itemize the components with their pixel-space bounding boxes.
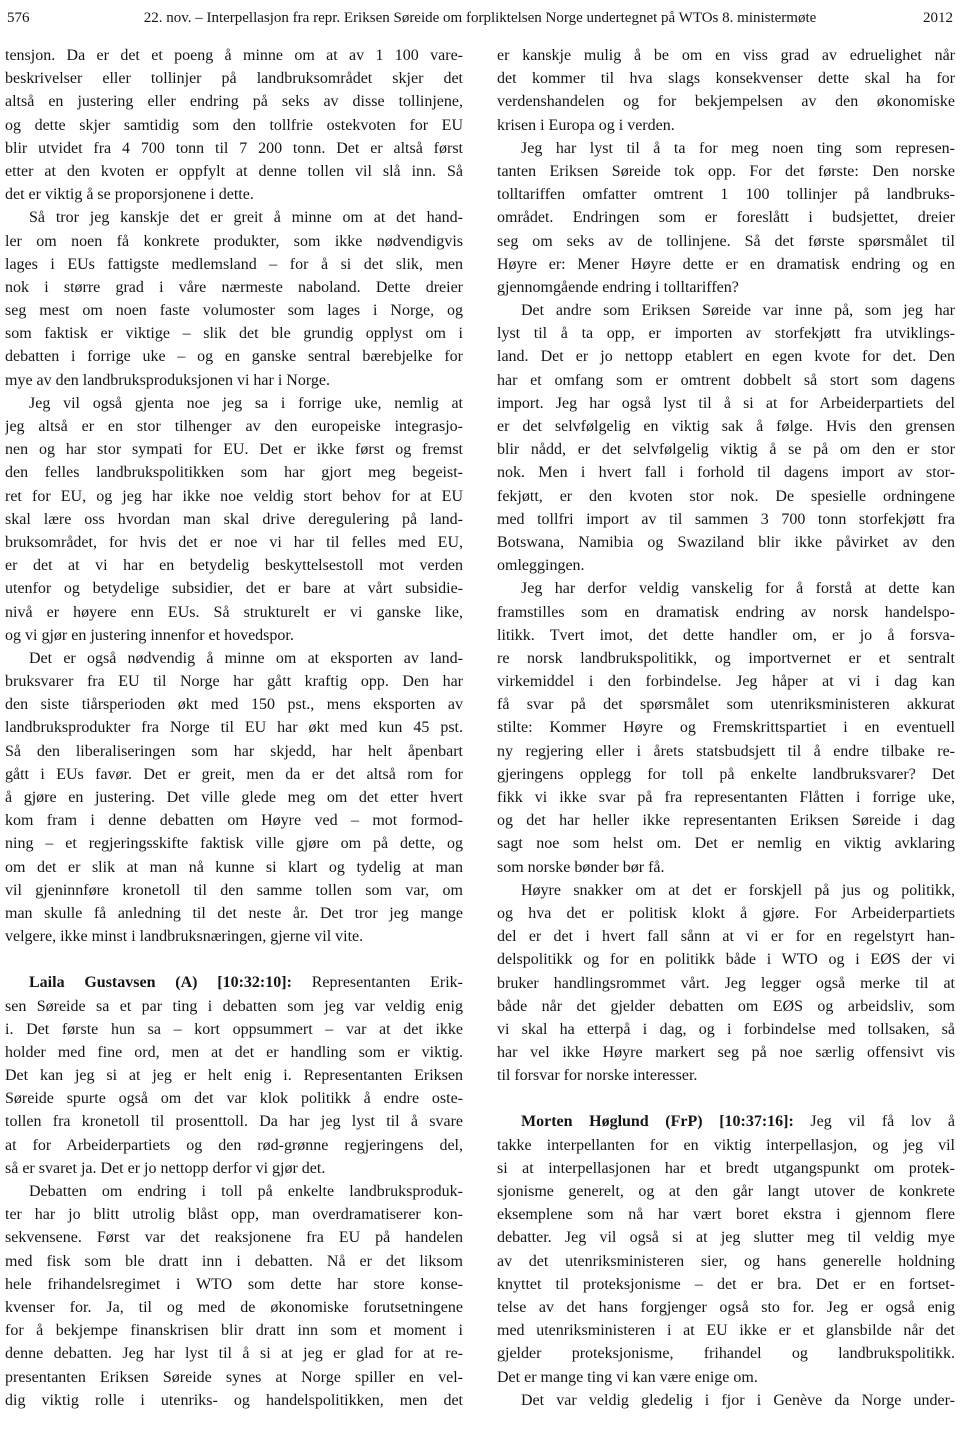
text-line: ning – et regjeringsskifte faktisk ville…: [5, 832, 463, 855]
text-line: som faktisk er viktige – slik det ble gr…: [5, 322, 463, 345]
text-line: den felles landbrukspolitikken som har g…: [5, 461, 463, 484]
text-line: Det er mange ting vi kan være enige om.: [497, 1366, 955, 1389]
paragraph: Jeg vil også gjenta noe jeg sa i forrige…: [5, 392, 463, 647]
speaker-name: Laila Gustavsen (A) [10:32:10]:: [29, 974, 292, 991]
text-line: som norske bønder bør få.: [497, 856, 955, 879]
text-line: med fisk som ble dratt inn i debatten. N…: [5, 1250, 463, 1273]
text-line: gått i EUs favør. Det er greit, men da e…: [5, 763, 463, 786]
text-line: stilte: Kommer Høyre og Fremskrittsparti…: [497, 716, 955, 739]
text-line: i. Det første hun sa – kort oppsummert –…: [5, 1018, 463, 1041]
text-line: å gjøre en justering. Det ville glede me…: [5, 786, 463, 809]
text-line: litikk. Tvert imot, det dette handler om…: [497, 624, 955, 647]
text-line: Høyre er: Mener Høyre dette er en dramat…: [497, 253, 955, 276]
text-line: Det var veldig gledelig i fjor i Genève …: [497, 1389, 955, 1412]
right-column: er kanskje mulig å be om en viss grad av…: [497, 44, 955, 1412]
text-line: krisen i Europa og i verden.: [497, 114, 955, 137]
text-line: debatter. Jeg vil også si at jeg slutter…: [497, 1226, 955, 1249]
text-line: har et omfang som er omtrent dobbelt så …: [497, 369, 955, 392]
paragraph: Høyre snakker om at det er forskjell på …: [497, 879, 955, 1088]
text-line: Jeg har lyst til å ta for meg noen ting …: [497, 137, 955, 160]
text-line: nok i større grad i våre nærmeste nabola…: [5, 276, 463, 299]
text-line: Søreide spurte også om det var klok poli…: [5, 1087, 463, 1110]
text-line: del er det i hvert fall sånn at vi er fo…: [497, 925, 955, 948]
text-line: ler om noen få konkrete produkter, som i…: [5, 230, 463, 253]
text-line: re norsk landbrukspolitikk, og importver…: [497, 647, 955, 670]
text-line: delspolitikk og for en politikk både i W…: [497, 948, 955, 971]
paragraph: tensjon. Da er det et poeng å minne om a…: [5, 44, 463, 206]
text-line: dig viktig rolle i utenriks- og handelsp…: [5, 1389, 463, 1412]
text-line: få svar på det spørsmålet som utenriksmi…: [497, 693, 955, 716]
text-line: tollen fra kronetoll til prosenttoll. Da…: [5, 1110, 463, 1133]
text-line: for å bekjempe finanskrisen blir dratt i…: [5, 1319, 463, 1342]
text-line: Det andre som Eriksen Søreide var inne p…: [497, 299, 955, 322]
text-line: det kommer til hva slags konsekvenser de…: [497, 67, 955, 90]
text-line: verdenshandelen og for bekjempelsen av d…: [497, 90, 955, 113]
text-line: så er svaret ja. Det er jo nettopp derfo…: [5, 1157, 463, 1180]
text-line: sjonisme generelt, og at den går langt u…: [497, 1180, 955, 1203]
text-line: ny regjering eller i årets statsbudsjett…: [497, 740, 955, 763]
text-line: det er viktig å se proporsjonene i dette…: [5, 183, 463, 206]
text-line: Så tror jeg kanskje det er greit å minne…: [5, 206, 463, 229]
text-line: gjeringens opplegg for toll på enkelte l…: [497, 763, 955, 786]
text-line: Det er også nødvendig å minne om at eksp…: [5, 647, 463, 670]
text-line: med tollfri import av til sammen 3 700 t…: [497, 508, 955, 531]
speech-paragraph: Laila Gustavsen (A) [10:32:10]: Represen…: [5, 971, 463, 1180]
text-line: og dette skjer samtidig som den tollfrie…: [5, 114, 463, 137]
text-line: sekvensene. Først var det reaksjonene fr…: [5, 1226, 463, 1249]
text-line: omleggingen.: [497, 554, 955, 577]
text-line: av det utenriksministeren sier, og hans …: [497, 1250, 955, 1273]
paragraph: er kanskje mulig å be om en viss grad av…: [497, 44, 955, 137]
text-line: Det kan jeg si at jeg er helt enig i. Re…: [5, 1064, 463, 1087]
text-line: beskrivelser eller tollinjer på landbruk…: [5, 67, 463, 90]
paragraph: Det andre som Eriksen Søreide var inne p…: [497, 299, 955, 577]
left-column: tensjon. Da er det et poeng å minne om a…: [5, 44, 463, 1412]
text-line: ret for EU, og jeg har ikke noe veldig s…: [5, 485, 463, 508]
text-line: presentanten Eriksen Søreide synes at No…: [5, 1366, 463, 1389]
text-line: den siste tiårsperioden økt med 150 pst.…: [5, 693, 463, 716]
text-line: gjelder proteksjonisme, frihandel og lan…: [497, 1342, 955, 1365]
text-line: eksemplene som nå har vært boret ekstra …: [497, 1203, 955, 1226]
text-line: sagt noe som helst om. Det er nemlig en …: [497, 832, 955, 855]
text-line: velgere, ikke minst i landbruksnæringen,…: [5, 925, 463, 948]
text-line: vi skal ha etterpå i dag, og i forbindel…: [497, 1018, 955, 1041]
text-line: mye av den landbruksproduksjonen vi har …: [5, 369, 463, 392]
text-line: med utenriksministeren i at EU ikke er e…: [497, 1319, 955, 1342]
paragraph: Jeg har derfor veldig vanskelig for å fo…: [497, 577, 955, 878]
text-line: utenfor og betydelige subsidier, det er …: [5, 577, 463, 600]
text-line: Jeg vil også gjenta noe jeg sa i forrige…: [5, 392, 463, 415]
text-line: og vi gjør en justering innenfor et hove…: [5, 624, 463, 647]
text-line: bruksvarer fra EU til Norge har gått kra…: [5, 670, 463, 693]
text-line: takke interpellanten for en viktig inter…: [497, 1134, 955, 1157]
page-number: 576: [7, 9, 97, 27]
text-line: er det at vi har en betydelig beskyttels…: [5, 554, 463, 577]
text-line: tanten Eriksen Søreide tok opp. For det …: [497, 160, 955, 183]
text-line: er det selvfølgelig en viktig sak å følg…: [497, 415, 955, 438]
text-line: debatten i forrige uke – og en ganske se…: [5, 345, 463, 368]
text-line: gjennomgående endring i tolltariffen?: [497, 276, 955, 299]
text-line: Morten Høglund (FrP) [10:37:16]: Jeg vil…: [497, 1110, 955, 1133]
text-line: import. Jeg har også lyst til å si at fo…: [497, 392, 955, 415]
text-line: Jeg har derfor veldig vanskelig for å fo…: [497, 577, 955, 600]
header-title: 22. nov. – Interpellasjon fra repr. Erik…: [97, 9, 863, 27]
text-line: nok. Men i hvert fall i forhold til dage…: [497, 461, 955, 484]
text-line: lages i EUs fattigste medlemsland – for …: [5, 253, 463, 276]
text-line: til forsvar for norske interesser.: [497, 1064, 955, 1087]
text-line: bruksområdet, for hvis det er noe vi har…: [5, 531, 463, 554]
text-line: tolltariffen omfatter omtrent 1 100 toll…: [497, 183, 955, 206]
text-line: ter har jo blitt utrolig blåst opp, man …: [5, 1203, 463, 1226]
text-line: blir utvidet fra 4 700 tonn til 7 200 to…: [5, 137, 463, 160]
text-line: nen og har stor sympati for EU. Det er i…: [5, 438, 463, 461]
text-line: denne debatten. Jeg har lyst til å si at…: [5, 1342, 463, 1365]
text-line: fekjøtt, er den kvoten stor nok. De spes…: [497, 485, 955, 508]
text-line: om det er slik at man nå kunne si klart …: [5, 856, 463, 879]
text-line: jeg altså er en stor tilhenger av den eu…: [5, 415, 463, 438]
text-line: seg mest om noen faste volumoster som la…: [5, 299, 463, 322]
text-line: lyst til å ta opp, er importen av storfe…: [497, 322, 955, 345]
text-line: land. Det er jo nettopp etablert en egen…: [497, 345, 955, 368]
text-line: sen Søreide sa et par ting i debatten so…: [5, 995, 463, 1018]
text-line: har vel ikke Høyre markert seg på noe sæ…: [497, 1041, 955, 1064]
text-line: Botswana, Namibia og Swaziland blir ikke…: [497, 531, 955, 554]
text-line: og hva det er politisk klokt å gjøre. Fo…: [497, 902, 955, 925]
text-line: og det har heller ikke representanten Er…: [497, 809, 955, 832]
text-line: både når det gjelder debatten om EØS og …: [497, 995, 955, 1018]
paragraph: Jeg har lyst til å ta for meg noen ting …: [497, 137, 955, 299]
text-line: landbruksprodukter fra Norge til EU har …: [5, 716, 463, 739]
document-page: 576 22. nov. – Interpellasjon fra repr. …: [0, 0, 960, 1436]
header-year: 2012: [863, 9, 953, 27]
text-line: bruker handlingsrommet vårt. Jeg legger …: [497, 972, 955, 995]
text-line: vil gjeninnføre kronetoll til den samme …: [5, 879, 463, 902]
text-line: etter at den kvoten er oppfylt at denne …: [5, 160, 463, 183]
text-line: kom fram i denne debatten om Høyre ved –…: [5, 809, 463, 832]
text-line: at for Arbeiderpartiets og den rød-grønn…: [5, 1134, 463, 1157]
speaker-name: Morten Høglund (FrP) [10:37:16]:: [521, 1113, 794, 1130]
paragraph: Debatten om endring i toll på enkelte la…: [5, 1180, 463, 1412]
paragraph: Det er også nødvendig å minne om at eksp…: [5, 647, 463, 948]
page-header: 576 22. nov. – Interpellasjon fra repr. …: [7, 9, 953, 27]
paragraph: Det var veldig gledelig i fjor i Genève …: [497, 1389, 955, 1412]
text-line: nivå er høyere enn EUs. Så strukturelt e…: [5, 601, 463, 624]
text-line: området. Endringen som er foreslått i bu…: [497, 206, 955, 229]
text-line: Så den liberaliseringen som har skjedd, …: [5, 740, 463, 763]
text-line: Høyre snakker om at det er forskjell på …: [497, 879, 955, 902]
text-line: fikk vi ikke svar på fra representanten …: [497, 786, 955, 809]
text-line: knyttet til proteksjonisme – det er bra.…: [497, 1273, 955, 1296]
text-line: altså en justering eller endring på seks…: [5, 90, 463, 113]
paragraph: Så tror jeg kanskje det er greit å minne…: [5, 206, 463, 392]
text-line: Debatten om endring i toll på enkelte la…: [5, 1180, 463, 1203]
speech-paragraph: Morten Høglund (FrP) [10:37:16]: Jeg vil…: [497, 1110, 955, 1388]
text-line: si at interpellasjonen har et bredt utga…: [497, 1157, 955, 1180]
text-line: man skulle få anledning til det neste år…: [5, 902, 463, 925]
text-line: seg om seks av de tollinjene. Så det før…: [497, 230, 955, 253]
text-line: framstilles som en dramatisk endring av …: [497, 601, 955, 624]
text-line: holder med fine ord, men at det er handl…: [5, 1041, 463, 1064]
text-line: telse av det hans forgjenger også sto fo…: [497, 1296, 955, 1319]
text-line: skal lære oss hvordan man skal drive der…: [5, 508, 463, 531]
text-line: Laila Gustavsen (A) [10:32:10]: Represen…: [5, 971, 463, 994]
text-line: hele frihandelsregimet i WTO som dette h…: [5, 1273, 463, 1296]
text-columns: tensjon. Da er det et poeng å minne om a…: [5, 44, 955, 1412]
text-line: kvenser for. Ja, til og med de økonomisk…: [5, 1296, 463, 1319]
text-line: blir nådd, er det selvfølgelig viktig å …: [497, 438, 955, 461]
text-line: er kanskje mulig å be om en viss grad av…: [497, 44, 955, 67]
text-line: virkemiddel i den forbindelse. Jeg håper…: [497, 670, 955, 693]
text-line: tensjon. Da er det et poeng å minne om a…: [5, 44, 463, 67]
